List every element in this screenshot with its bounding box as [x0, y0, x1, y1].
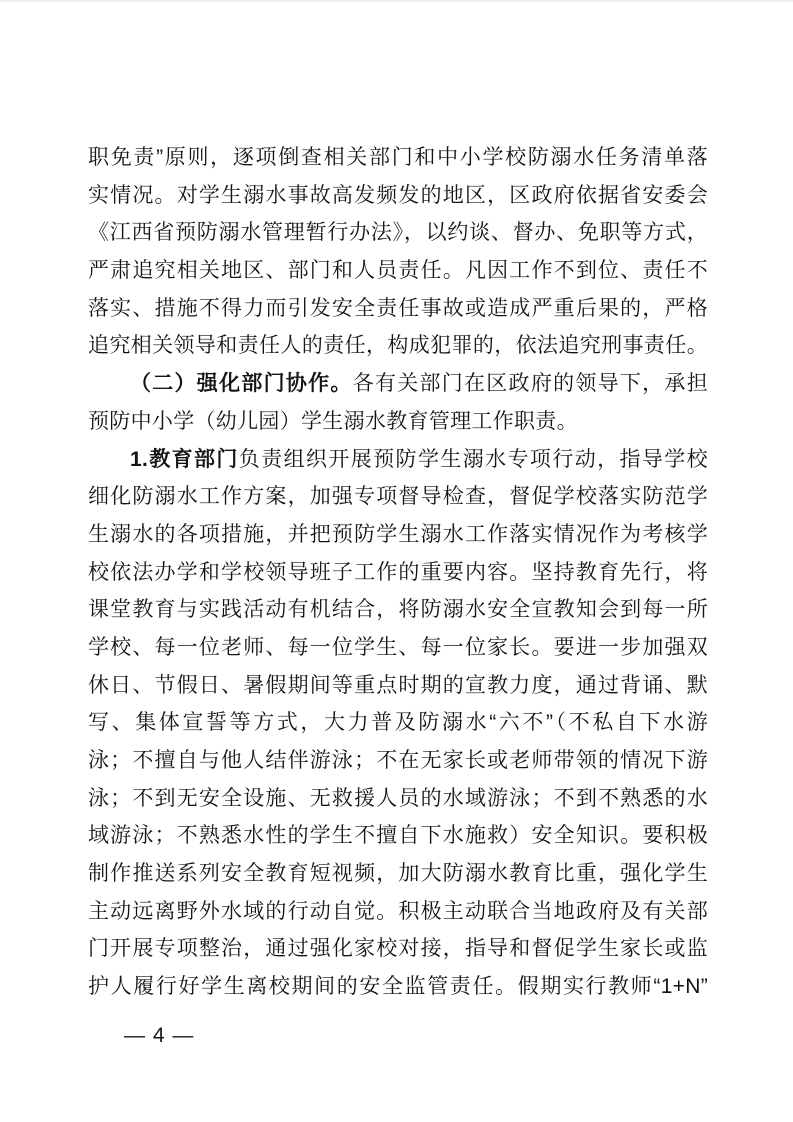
text-line: 追究相关领导和责任人的责任，构成犯罪的，依法追究刑事责任。	[88, 327, 708, 365]
text-line: 域游泳；不熟悉水性的学生不擅自下水施救）安全知识。要积极	[88, 817, 708, 855]
text-run: 追究相关领导和责任人的责任，构成犯罪的，依法追究刑事责任。	[88, 334, 708, 357]
text-run: 泳；不到无安全设施、无救援人员的水域游泳；不到不熟悉的水	[88, 787, 708, 810]
text-line: 《江西省预防溺水管理暂行办法》，以约谈、督办、免职等方式，	[88, 214, 708, 252]
text-run: 写、集体宣誓等方式，大力普及防溺水“六不”（不私自下水游	[88, 711, 708, 734]
document-body: 职免责”原则，逐项倒查相关部门和中小学校防溺水任务清单落实情况。对学生溺水事故高…	[88, 139, 708, 1006]
bold-text-run: （二）强化部门协作。	[130, 372, 353, 395]
text-run: 职免责”原则，逐项倒查相关部门和中小学校防溺水任务清单落	[88, 146, 708, 169]
text-run: 校依法办学和学校领导班子工作的重要内容。坚持教育先行，将	[88, 561, 708, 584]
text-line: 1.教育部门负责组织开展预防学生溺水专项行动，指导学校	[88, 441, 708, 479]
text-run: 域游泳；不熟悉水性的学生不擅自下水施救）安全知识。要积极	[88, 824, 708, 847]
document-page: 职免责”原则，逐项倒查相关部门和中小学校防溺水任务清单落实情况。对学生溺水事故高…	[0, 0, 793, 1122]
text-run: 课堂教育与实践活动有机结合，将防溺水安全宣教知会到每一所	[88, 598, 708, 621]
text-line: 学校、每一位老师、每一位学生、每一位家长。要进一步加强双	[88, 629, 708, 667]
text-run: 严肃追究相关地区、部门和人员责任。凡因工作不到位、责任不	[88, 259, 708, 282]
bold-text-run: 1.教育部门	[130, 448, 239, 471]
text-line: （二）强化部门协作。各有关部门在区政府的领导下，承担	[88, 365, 708, 403]
text-run: 门开展专项整治，通过强化家校对接，指导和督促学生家长或监	[88, 937, 708, 960]
text-run: 护人履行好学生离校期间的安全监管责任。假期实行教师“1+N”	[88, 975, 708, 998]
text-line: 写、集体宣誓等方式，大力普及防溺水“六不”（不私自下水游	[88, 704, 708, 742]
text-line: 休日、节假日、暑假期间等重点时期的宣教力度，通过背诵、默	[88, 667, 708, 705]
text-run: 负责组织开展预防学生溺水专项行动，指导学校	[239, 448, 708, 471]
text-line: 护人履行好学生离校期间的安全监管责任。假期实行教师“1+N”	[88, 968, 708, 1006]
text-line: 落实、措施不得力而引发安全责任事故或造成严重后果的，严格	[88, 290, 708, 328]
text-run: 实情况。对学生溺水事故高发频发的地区，区政府依据省安委会	[88, 184, 708, 207]
text-line: 泳；不到无安全设施、无救援人员的水域游泳；不到不熟悉的水	[88, 780, 708, 818]
text-line: 实情况。对学生溺水事故高发频发的地区，区政府依据省安委会	[88, 177, 708, 215]
text-run: 细化防溺水工作方案，加强专项督导检查，督促学校落实防范学	[88, 485, 708, 508]
text-line: 主动远离野外水域的行动自觉。积极主动联合当地政府及有关部	[88, 893, 708, 931]
text-run: 主动远离野外水域的行动自觉。积极主动联合当地政府及有关部	[88, 900, 708, 923]
text-run: 泳；不擅自与他人结伴游泳；不在无家长或老师带领的情况下游	[88, 749, 708, 772]
text-line: 细化防溺水工作方案，加强专项督导检查，督促学校落实防范学	[88, 478, 708, 516]
text-run: 学校、每一位老师、每一位学生、每一位家长。要进一步加强双	[88, 636, 708, 659]
text-run: 各有关部门在区政府的领导下，承担	[353, 372, 708, 395]
text-line: 校依法办学和学校领导班子工作的重要内容。坚持教育先行，将	[88, 554, 708, 592]
scan-edge-line	[0, 0, 793, 2]
text-run: 预防中小学（幼儿园）学生溺水教育管理工作职责。	[88, 410, 578, 433]
text-line: 职免责”原则，逐项倒查相关部门和中小学校防溺水任务清单落	[88, 139, 708, 177]
text-run: 落实、措施不得力而引发安全责任事故或造成严重后果的，严格	[88, 297, 708, 320]
page-number: — 4 —	[124, 1022, 194, 1050]
text-line: 预防中小学（幼儿园）学生溺水教育管理工作职责。	[88, 403, 708, 441]
text-line: 泳；不擅自与他人结伴游泳；不在无家长或老师带领的情况下游	[88, 742, 708, 780]
text-run: 休日、节假日、暑假期间等重点时期的宣教力度，通过背诵、默	[88, 674, 708, 697]
text-line: 课堂教育与实践活动有机结合，将防溺水安全宣教知会到每一所	[88, 591, 708, 629]
text-run: 制作推送系列安全教育短视频，加大防溺水教育比重，强化学生	[88, 862, 708, 885]
text-line: 制作推送系列安全教育短视频，加大防溺水教育比重，强化学生	[88, 855, 708, 893]
text-line: 生溺水的各项措施，并把预防学生溺水工作落实情况作为考核学	[88, 516, 708, 554]
text-line: 严肃追究相关地区、部门和人员责任。凡因工作不到位、责任不	[88, 252, 708, 290]
text-run: 《江西省预防溺水管理暂行办法》，以约谈、督办、免职等方式，	[88, 221, 708, 244]
text-run: 生溺水的各项措施，并把预防学生溺水工作落实情况作为考核学	[88, 523, 708, 546]
text-line: 门开展专项整治，通过强化家校对接，指导和督促学生家长或监	[88, 930, 708, 968]
